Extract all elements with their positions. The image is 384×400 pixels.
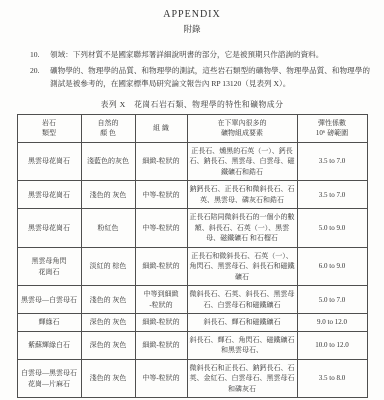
color-cell: 淡紅的 棕色 xyxy=(81,247,135,286)
texture-cell: 中等到細緻 -粒狀的 xyxy=(135,286,187,314)
granite-properties-table: 岩石 類型 自然的 顏 色 組 織 在下單內很多的 礦物組成要素 彈性係數 10… xyxy=(17,114,368,399)
modulus-cell: 5.0 to 7.0 xyxy=(297,286,367,314)
table-body: 黑雲母花崗石 淺藍色的灰色 細緻-粒狀的 正長石、燻黑的石英（一）、鈣長石、鈉長… xyxy=(17,142,367,398)
color-cell: 淺色的 灰色 xyxy=(81,181,135,209)
minerals-cell: 鈉鈣長石、正長石和微斜長石、石英、黑雲母、磷灰石和鋯石 xyxy=(187,181,297,209)
page-subtitle: 附錄 xyxy=(0,23,384,35)
texture-cell: 中等-粒狀的 xyxy=(135,209,187,248)
color-cell: 淺色的 灰色 xyxy=(81,359,135,398)
list-item-10: 10. 領域：下列材質不是國家聯邦署詳細說明書的部分，它是被預期只作諮詢的資料。 xyxy=(30,48,370,62)
table-row: 白雲母—黑雲母石 花崗—片麻石 淺色的 灰色 中等-粒狀的 微斜長石和正長石、鈉… xyxy=(17,359,367,398)
table-row: 黑雲母—白雲母石 淺色的 灰色 中等到細緻 -粒狀的 微斜長石、石英、斜長石、黑… xyxy=(17,286,367,314)
header-natural-color: 自然的 顏 色 xyxy=(81,114,135,142)
rock-type-cell: 黑雲母角閃 花崗石 xyxy=(17,247,81,286)
color-cell: 淺色的 灰色 xyxy=(81,286,135,314)
modulus-cell: 6.0 to 9.0 xyxy=(297,247,367,286)
minerals-cell: 正長石、燻黑的石英（一）、鈣長石、鈉長石、黑雲母、白雲母、磁鐵礦石和鋯石 xyxy=(187,142,297,181)
list-item-20: 20. 礦物學的、物理學的品質、和物理學的測試，這些岩石類型的礦物學、物理學品質… xyxy=(30,64,370,91)
rock-type-cell: 黑雲母花崗石 xyxy=(17,209,81,248)
item-text: 礦物學的、物理學的品質、和物理學的測試，這些岩石類型的礦物學、物理學品質、和物理… xyxy=(50,64,370,91)
rock-type-cell: 輝綠石 xyxy=(17,314,81,332)
header-texture: 組 織 xyxy=(135,114,187,142)
header-mineral-constituents: 在下單內很多的 礦物組成要素 xyxy=(187,114,297,142)
rock-type-cell: 紫蘇輝綠白石 xyxy=(17,331,81,359)
rock-type-cell: 黑雲母花崗石 xyxy=(17,142,81,181)
table-row: 紫蘇輝綠白石 深色的 灰色 細緻-粒狀的 斜長石、輝石、角閃石、磁鐵礦石和黑雲母… xyxy=(17,331,367,359)
table-header: 岩石 類型 自然的 顏 色 組 織 在下單內很多的 礦物組成要素 彈性係數 10… xyxy=(17,114,367,142)
modulus-cell: 9.0 to 12.0 xyxy=(297,314,367,332)
color-cell: 粉紅色 xyxy=(81,209,135,248)
table-row: 黑雲母花崗石 淺藍色的灰色 細緻-粒狀的 正長石、燻黑的石英（一）、鈣長石、鈉長… xyxy=(17,142,367,181)
texture-cell: 細緻-粒狀的 xyxy=(135,247,187,286)
table-row: 黑雲母花崗石 粉紅色 中等-粒狀的 正長石陪同微斜長石的一個小的數額、斜長石、石… xyxy=(17,209,367,248)
texture-cell: 細緻-粒狀的 xyxy=(135,331,187,359)
color-cell: 深色的 灰色 xyxy=(81,314,135,332)
table-row: 輝綠石 深色的 灰色 細緻-粒狀的 斜長石、輝石和磁鐵礦石 9.0 to 12.… xyxy=(17,314,367,332)
modulus-cell: 3.5 to 7.0 xyxy=(297,181,367,209)
minerals-cell: 斜長石、輝石、角閃石、磁鐵礦石和黑雲母石、 xyxy=(187,331,297,359)
modulus-cell: 10.0 to 12.0 xyxy=(297,331,367,359)
texture-cell: 中等-粒狀的 xyxy=(135,181,187,209)
texture-cell: 細緻-粒狀的 xyxy=(135,314,187,332)
color-cell: 深色的 灰色 xyxy=(81,331,135,359)
item-number: 20. xyxy=(30,64,50,91)
header-elastic-modulus: 彈性係數 10⁶ 磅範圍 xyxy=(297,114,367,142)
texture-cell: 細緻-粒狀的 xyxy=(135,142,187,181)
minerals-cell: 微斜長石和正長石、鈉鈣長石、石英、金紅石、白雲母石、黑雲母石和磷灰石 xyxy=(187,359,297,398)
header-row: 岩石 類型 自然的 顏 色 組 織 在下單內很多的 礦物組成要素 彈性係數 10… xyxy=(17,114,367,142)
rock-type-cell: 黑雲母花崗石 xyxy=(17,181,81,209)
texture-cell: 中等-粒狀的 xyxy=(135,359,187,398)
rock-type-cell: 白雲母—黑雲母石 花崗—片麻石 xyxy=(17,359,81,398)
minerals-cell: 正長石陪同微斜長石的一個小的數額、斜長石、石英（一）、黑雲母、磁鐵礦石 和石榴石 xyxy=(187,209,297,248)
table-caption: 表列 X 花崗石岩石類、物理學的特性和礦物成分 xyxy=(0,99,384,110)
color-cell: 淺藍色的灰色 xyxy=(81,142,135,181)
table-row: 黑雲母花崗石 淺色的 灰色 中等-粒狀的 鈉鈣長石、正長石和微斜長石、石英、黑雲… xyxy=(17,181,367,209)
modulus-cell: 3.5 to 8.0 xyxy=(297,359,367,398)
item-text: 領域：下列材質不是國家聯邦署詳細說明書的部分，它是被預期只作諮詢的資料。 xyxy=(50,48,370,62)
page-title: APPENDIX xyxy=(0,9,384,20)
minerals-cell: 微斜長石、石英、斜長石、黑雲母石、白雲母石和磁鐵礦石 xyxy=(187,286,297,314)
table-row: 黑雲母角閃 花崗石 淡紅的 棕色 細緻-粒狀的 正長石和微斜長石、石英（一）、角… xyxy=(17,247,367,286)
minerals-cell: 正長石和微斜長石、石英（一）、角閃石、黑雲母石、斜長石和磁鐵礦石 xyxy=(187,247,297,286)
numbered-paragraphs: 10. 領域：下列材質不是國家聯邦署詳細說明書的部分，它是被預期只作諮詢的資料。… xyxy=(0,48,384,91)
minerals-cell: 斜長石、輝石和磁鐵礦石 xyxy=(187,314,297,332)
rock-type-cell: 黑雲母—白雲母石 xyxy=(17,286,81,314)
document-page: APPENDIX 附錄 10. 領域：下列材質不是國家聯邦署詳細說明書的部分，它… xyxy=(0,0,384,400)
header-rock-type: 岩石 類型 xyxy=(17,114,81,142)
modulus-cell: 3.5 to 7.0 xyxy=(297,142,367,181)
item-number: 10. xyxy=(30,48,50,62)
modulus-cell: 5.0 to 9.0 xyxy=(297,209,367,248)
